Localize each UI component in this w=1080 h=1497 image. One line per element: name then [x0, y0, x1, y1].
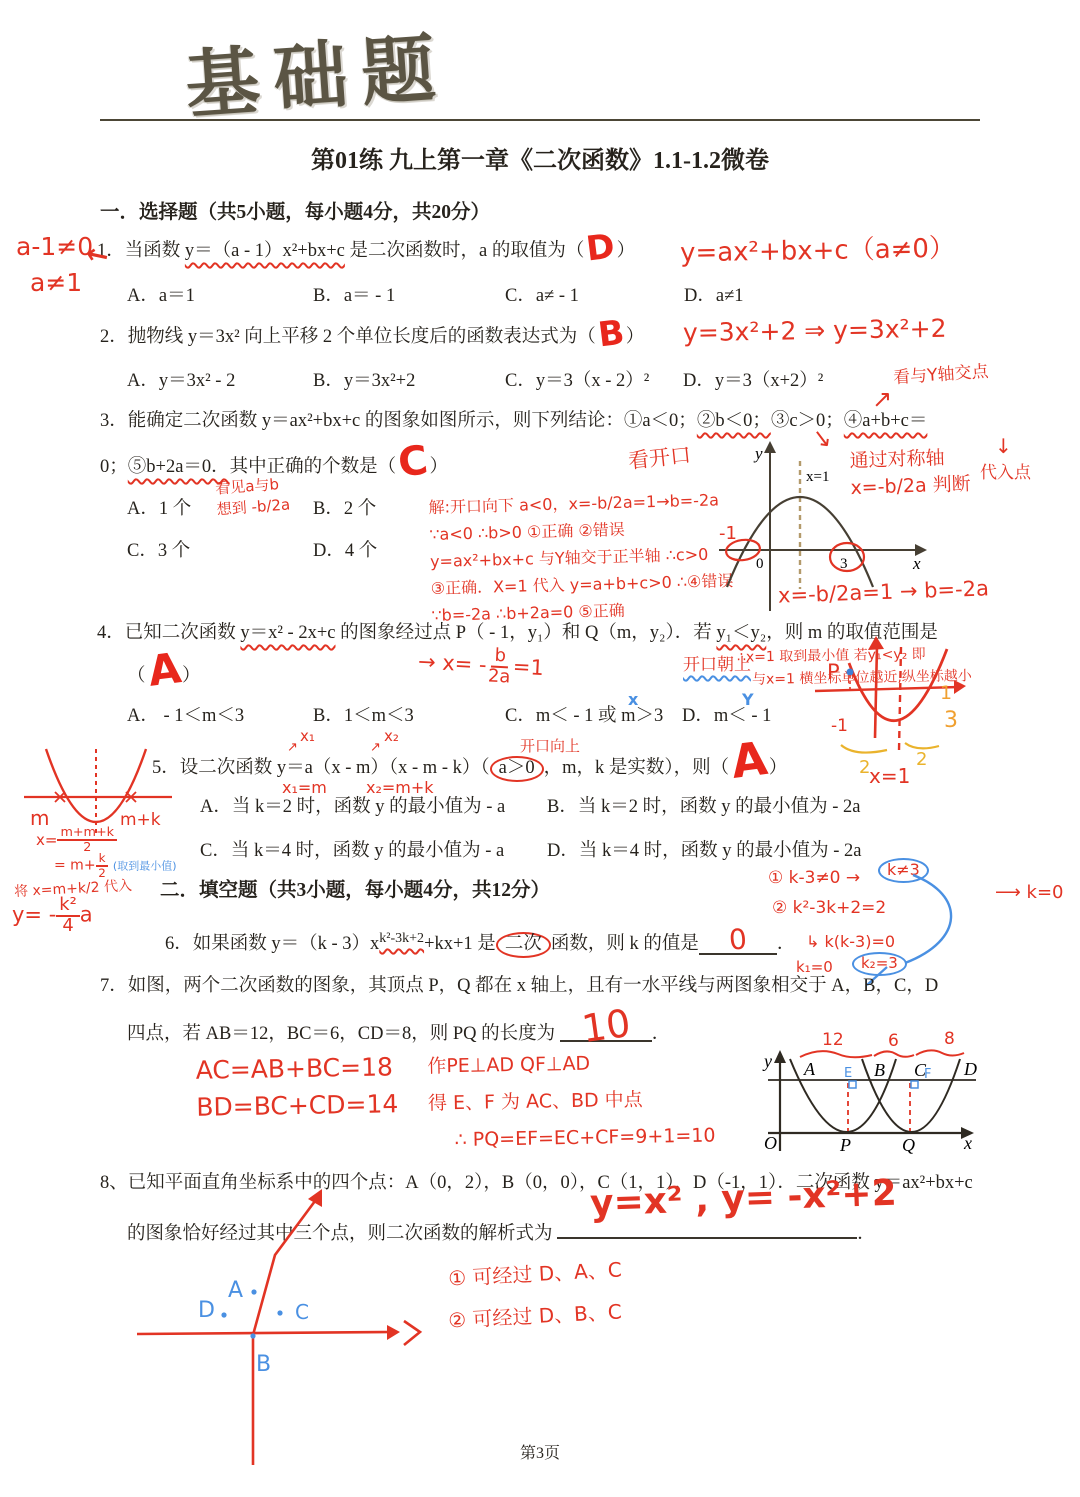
q5-options-row1: A．当 k＝2 时，函数 y 的最小值为 - a B．当 k＝2 时，函数 y … [200, 792, 1080, 822]
q5-option-d: D．当 k＝4 时，函数 y 的最小值为 - 2a [547, 836, 861, 862]
q4-text-pre: 4．已知二次函数 [97, 623, 240, 643]
q6-text-pre: 6．如果函数 y＝（k - 3）x [165, 934, 379, 954]
page-title: 第01练 九上第一章《二次函数》1.1-1.2微卷 [0, 140, 1080, 175]
q4-answer: A [147, 663, 180, 677]
q3-answer: C [398, 455, 428, 469]
q5-open-up-note: 开口向上 [520, 735, 580, 756]
q1-margin-note-1: a-1≠0 [16, 232, 93, 261]
q2-option-d: D．y＝3（x+2）² [683, 366, 823, 392]
q5-paren-close: ） [769, 758, 788, 778]
q1-side-note: y=ax²+bx+c（a≠0） [680, 228, 956, 270]
q4-hand-sketch: P -1 1 3 2 2 x=1 [813, 633, 1080, 788]
q6-answer: 0 [728, 932, 747, 948]
q5-answer: A [731, 753, 768, 767]
q6-blank: 0 [699, 931, 777, 955]
q7-tail: ． [652, 1024, 671, 1044]
q8-sketch-chevron-icon [404, 1321, 420, 1345]
q4-sketch-brace-right [905, 743, 939, 748]
q3-line1: 3．能确定二次函数 y＝ax²+bx+c 的图象如图所示，则下列结论：①a＜0；… [100, 408, 927, 434]
q5-text-mid: ，m，k 是实数），则（ [544, 758, 730, 778]
q7-line2-text: 四点，若 AB＝12，BC＝6，CD＝8，则 PQ 的长度为 [127, 1024, 555, 1044]
q4-sketch-label-p: P [827, 660, 840, 684]
q7-line1: 7．如图，两个二次函数的图象，其顶点 P，Q 都在 x 轴上，且有一水平线与两图… [100, 973, 938, 999]
q5-option-a: A．当 k＝2 时，函数 y 的最小值为 - a [200, 792, 505, 818]
q7-brace-8 [916, 1050, 964, 1055]
q1-text-mid: 是二次函数时，a 的取值为（ [345, 241, 584, 261]
q8-sketch-label-b: B [256, 1352, 271, 1377]
q3-arrow2-icon: ↓ [995, 434, 1012, 458]
q6-margin-1: ① k-3≠0 → [768, 868, 860, 888]
q1-wavy: y＝（a - 1）x²+bx+c [185, 241, 345, 261]
q5-result-post: a [80, 903, 93, 927]
q4-sketch-brace-left [841, 745, 887, 753]
q2-option-a: A．y＝3x² - 2 [127, 366, 235, 392]
q4-sketch-label-neg1: -1 [831, 716, 848, 736]
q6-line: 6．如果函数 y＝（k - 3）xk²-3k+2+kx+1 是二次函数，则 k … [165, 926, 795, 957]
q4-sketch-point-p-dot [847, 669, 854, 676]
q5-result-pre: y= - [12, 903, 56, 927]
q3-line2-pre: 0； [100, 457, 128, 477]
q5-result-num: k² [56, 896, 80, 917]
q1-answer: D [586, 241, 615, 254]
q7-label-e: E [844, 1066, 852, 1081]
q1-paren-close: ） [617, 241, 636, 261]
q8-sketch-xaxis-arrow-icon [387, 1325, 400, 1340]
q3-label-neg1: -1 [719, 523, 737, 544]
q7-label-b: B [874, 1060, 885, 1080]
q4-wavy1: y＝x² - 2x+c [240, 623, 335, 643]
q5-frac2-num: k [96, 852, 109, 867]
header-scribble: 基础题 [182, 9, 453, 133]
q5-frac1-pre: x= [36, 831, 57, 849]
q6-tail: ． [777, 934, 796, 954]
q8-sketch-yaxis [253, 1197, 318, 1465]
q2-paren-close: ） [626, 327, 645, 347]
q7-label-q: Q [902, 1135, 915, 1155]
q3-label-origin: 0 [756, 556, 764, 572]
q7-label-8: 8 [944, 1029, 955, 1049]
q3-option-a: A．1 个 [127, 494, 191, 520]
q7-label-12: 12 [822, 1030, 844, 1050]
q6-circled-term: 二次 [496, 932, 551, 958]
q4-text-mid1: 的图象经过点 P（ - 1，y₁）和 Q（m，y₂）．若 [336, 623, 717, 643]
q1-line: 1．当函数 y＝（a - 1）x²+bx+c 是二次函数时，a 的取值为（D） [97, 238, 635, 264]
page-footer: 第3页 [0, 1440, 1080, 1463]
q1-option-b: B．a＝ - 1 [313, 281, 395, 307]
q7-figure: E F A B C D O P Q x y 12 6 8 [760, 1033, 1080, 1163]
q5-frac1: m+m+k2 [57, 826, 117, 855]
q4-option-c: C．m＜ - 1 或 m＞3 [505, 701, 663, 727]
q7-label-6: 6 [888, 1031, 899, 1051]
q7-work-right: 作PE⊥AD QF⊥AD 得 E、F 为 AC、BD 中点 ∴ PQ=EF=EC… [427, 1044, 716, 1160]
q4-note-axis-frac: b2a [486, 646, 514, 687]
q6-blue-connector [865, 855, 975, 990]
q4-sketch-xaxis-arrow-icon [954, 680, 966, 694]
q7-label-y: y [762, 1051, 772, 1071]
q5-result-den: 4 [60, 917, 75, 936]
q5-result-frac: k²4 [56, 896, 80, 935]
q7-label-c: C [914, 1060, 927, 1080]
q5-arrow1-icon: ↗ [287, 740, 298, 755]
q8-sketch-dot-d [221, 1312, 226, 1317]
q4-option-b: B．1＜m＜3 [313, 701, 414, 727]
q4-frac-den: 2a [486, 667, 513, 687]
q8-sketch-dot-a [251, 1289, 256, 1294]
q7-work-r1: 作PE⊥AD QF⊥AD [427, 1044, 714, 1086]
q5-option-c: C．当 k＝4 时，函数 y 的最小值为 - a [200, 836, 504, 862]
q5-margin-result: y= -k²4a [12, 896, 93, 935]
q7-work-r2: 得 E、F 为 AC、BD 中点 [428, 1080, 715, 1122]
q7-label-d: D [963, 1059, 977, 1079]
q7-label-x: x [963, 1133, 972, 1153]
q6-margin-result: ⟶ k=0 [995, 882, 1063, 903]
q4-sketch-label-3: 3 [944, 708, 958, 733]
q8-sketch-dot-b [250, 1333, 255, 1338]
q4-note-axis: → x= -b2a=1 [417, 643, 545, 689]
q3-hint-sub: 代入点 [980, 458, 1031, 483]
q4-option-d: D．m＜ - 1 [682, 701, 771, 727]
q7-work-bd: BD=BC+CD=14 [196, 1085, 399, 1126]
q4-answer-line: （A） [127, 662, 201, 689]
q5-margin-blue-note: (取到最小值) [113, 860, 177, 873]
q2-side-note: y=3x²+2 ⇒ y=3x²+2 [683, 314, 947, 348]
q8-tail: ． [857, 1224, 876, 1244]
q5-line: 5．设二次函数 y＝a（x - m）（x - m - k）（a＞0，m，k 是实… [152, 752, 787, 781]
q4-sketch-label-xeq1: x=1 [869, 764, 910, 788]
q3-label-x: x [912, 554, 921, 573]
q3-label-y: y [753, 444, 763, 463]
q1-option-a: A．a＝1 [127, 281, 195, 307]
q3-solution: 解:开口向下 a<0，x=-b/2a=1→b=-2a ∵a<0 ∴b>0 ①正确… [428, 486, 734, 629]
q1-arrow-icon: ← [83, 238, 112, 273]
q4-paren-close: ） [182, 666, 201, 686]
q7-label-a: A [803, 1059, 816, 1079]
q1-option-c: C．a≠ - 1 [505, 281, 579, 307]
q4-sketch-label-2b: 2 [916, 749, 927, 770]
q2-text-pre: 2．抛物线 y＝3x² 向上平移 2 个单位长度后的函数表达式为（ [100, 327, 596, 347]
q6-exponent: k²-3k+2 [379, 931, 424, 946]
q5-option-b: B．当 k＝2 时，函数 y 的最小值为 - 2a [547, 792, 860, 818]
q7-work-r3: ∴ PQ=EF=EC+CF=9+1=10 [428, 1117, 715, 1159]
q2-option-b: B．y＝3x²+2 [313, 366, 415, 392]
q5-frac1-num: m+m+k [57, 826, 117, 841]
q3-paren-close: ） [430, 457, 449, 477]
q4-note-axis-post: =1 [512, 654, 544, 680]
q1-options: A．a＝1 B．a＝ - 1 C．a≠ - 1 D．a≠1 [127, 281, 1027, 311]
q3-wavy-e: ⑤b+2a＝0． [128, 457, 230, 477]
q4-sketch-label-1: 1 [940, 682, 952, 704]
q2-answer: B [598, 327, 625, 340]
q1-option-d: D．a≠1 [684, 281, 743, 307]
q7-line2: 四点，若 AB＝12，BC＝6，CD＝8，则 PQ 的长度为 10． [127, 1018, 670, 1047]
q7-perp-mark-f-icon [911, 1081, 918, 1088]
q2-line: 2．抛物线 y＝3x² 向上平移 2 个单位长度后的函数表达式为（B） [100, 324, 644, 350]
q7-brace-6 [874, 1051, 914, 1056]
q8-sketch-label-c: C [295, 1300, 309, 1324]
q5-x1-label: x₁ [300, 727, 315, 745]
q3-hint-open: 看开口 [627, 439, 693, 475]
q5-circled-a: a＞0 [490, 756, 544, 782]
q2-options: A．y＝3x² - 2 B．y＝3x²+2 C．y＝3（x - 2）² D．y＝… [127, 366, 1027, 396]
q3-option-b: B．2 个 [313, 494, 376, 520]
q7-work-ac: AC=AB+BC=18 [195, 1048, 398, 1089]
q4-line1: 4．已知二次函数 y＝x² - 2x+c 的图象经过点 P（ - 1，y₁）和 … [97, 620, 938, 646]
q8-hand-sketch: A D C B [130, 1185, 475, 1480]
q8-sketch-xaxis [137, 1332, 392, 1334]
q7-label-p: P [839, 1135, 851, 1155]
worksheet-page: 基础题 第01练 九上第一章《二次函数》1.1-1.2微卷 一．选择题（共5小题… [0, 0, 1080, 1497]
q5-frac2: k2 [96, 852, 109, 879]
q5-arrow2-icon: ↗ [370, 740, 381, 755]
q3-label-xeq1: x=1 [806, 469, 829, 485]
q7-brace-12 [800, 1051, 872, 1057]
q1-margin-note-2: a≠1 [30, 268, 82, 297]
q7-yaxis-arrow-icon [774, 1050, 786, 1063]
q7-work-left: AC=AB+BC=18 BD=BC+CD=14 [195, 1048, 398, 1126]
q5-sketch-label-mk: m+k [120, 810, 161, 830]
q7-blank: 10 [560, 1018, 652, 1042]
q7-answer: 10 [581, 1015, 631, 1038]
q3-line2-mid: 其中正确的个数是（ [230, 457, 397, 477]
header-rule [100, 119, 980, 121]
q7-perp-mark-e-icon [849, 1081, 856, 1088]
q3-wavy-b: ②b＜0； [697, 411, 771, 431]
q8-sketch-label-a: A [228, 1278, 243, 1303]
q4-note-axis-pre: → x= - [418, 649, 488, 677]
q5-frac2-pre: = m+ [54, 858, 96, 874]
q3-wavy-d: ④a+b+c＝ [844, 411, 928, 431]
q3-yaxis-arrow-icon [764, 441, 776, 453]
q5-text-pre: 5．设二次函数 y＝a（x - m）（x - m - k）（ [152, 758, 490, 778]
q8-sketch-yaxis-arrow-icon [308, 1189, 322, 1207]
q3-option-d: D．4 个 [313, 536, 377, 562]
q7-label-o: O [764, 1133, 777, 1153]
q3-hint-ab: 看见a与b 想到 -b/2a [215, 473, 291, 520]
q8-sketch-dot-c [277, 1310, 282, 1315]
section2-heading: 二．填空题（共3小题，每小题4分，共12分） [160, 874, 550, 902]
q4-paren-open: （ [127, 666, 146, 686]
section1-heading: 一．选择题（共5小题，每小题4分，共20分） [100, 196, 490, 224]
q4-sketch-parabola [849, 649, 947, 721]
q5-x2-label: x₂ [384, 727, 399, 745]
q3-option-c: C．3 个 [127, 536, 190, 562]
q4-option-a: A． - 1＜m＜3 [127, 701, 244, 727]
q4-sketch-yaxis-arrow-icon [868, 636, 884, 650]
q3-text-pre: 3．能确定二次函数 y＝ax²+bx+c 的图象如图所示，则下列结论：①a＜0； [100, 411, 697, 431]
q2-option-c: C．y＝3（x - 2）² [505, 366, 649, 392]
q6-text-mid: +kx+1 是 [424, 934, 496, 954]
q8-sketch-label-d: D [198, 1298, 215, 1323]
q4-wavy2: y₁＜y₂ [716, 623, 766, 643]
q6-text-post: 函数，则 k 的值是 [551, 934, 699, 954]
